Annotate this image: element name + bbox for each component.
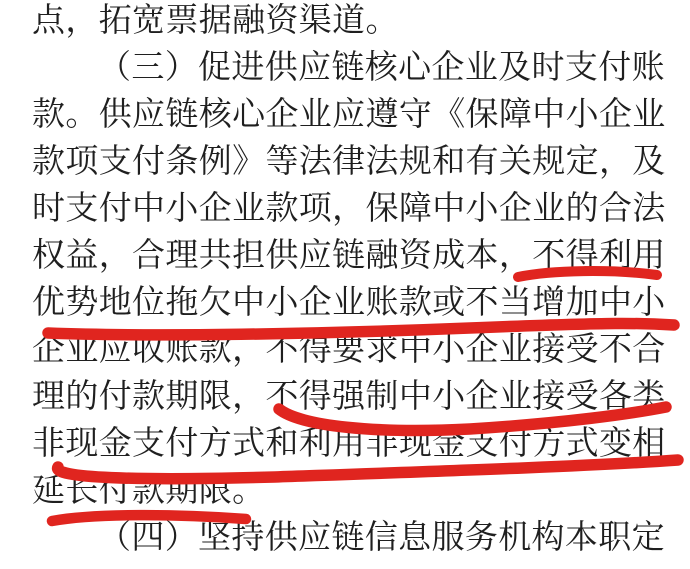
text-line: 时支付中小企业款项，保障中小企业的合法 <box>32 184 677 231</box>
text-line: 延长付款期限。 <box>32 466 677 513</box>
text-line: 理的付款期限，不得强制中小企业接受各类 <box>32 372 677 419</box>
text-line: 权益，合理共担供应链融资成本，不得利用 <box>32 231 677 278</box>
text-column: 点，拓宽票据融资渠道。 （三）促进供应链核心企业及时支付账 款。供应链核心企业应… <box>32 0 677 560</box>
text-line: 优势地位拖欠中小企业账款或不当增加中小 <box>32 278 677 325</box>
text-line-paragraph-start: （四）坚持供应链信息服务机构本职定 <box>32 513 677 560</box>
text-line: 企业应收账款，不得要求中小企业接受不合 <box>32 325 677 372</box>
document-page: 点，拓宽票据融资渠道。 （三）促进供应链核心企业及时支付账 款。供应链核心企业应… <box>0 0 690 569</box>
text-line: 款项支付条例》等法律法规和有关规定，及 <box>32 137 677 184</box>
text-line: 款。供应链核心企业应遵守《保障中小企业 <box>32 90 677 137</box>
text-line: 非现金支付方式和利用非现金支付方式变相 <box>32 419 677 466</box>
text-line: 点，拓宽票据融资渠道。 <box>32 0 677 43</box>
text-line-paragraph-start: （三）促进供应链核心企业及时支付账 <box>32 43 677 90</box>
